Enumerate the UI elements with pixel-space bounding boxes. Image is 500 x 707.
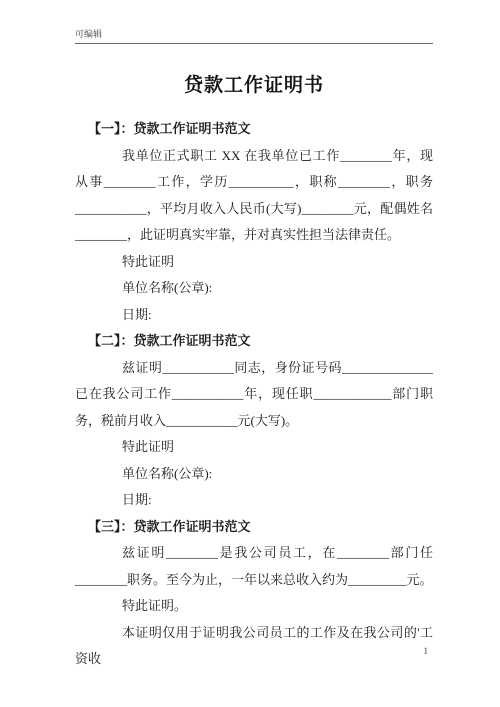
section-one-body: 我单位正式职工 XX 在我单位已工作________年，现从事________工… — [75, 143, 433, 249]
section-one: 【一】：贷款工作证明书范文 我单位正式职工 XX 在我单位已工作________… — [75, 116, 433, 328]
editable-header-rule: 可编辑 — [75, 29, 433, 44]
section-one-heading: 【一】：贷款工作证明书范文 — [75, 116, 433, 143]
section-two: 【二】：贷款工作证明书范文 兹证明___________同志，身份证号码____… — [75, 328, 433, 514]
section-three-body: 兹证明________是我公司员工，在________部门任________职务… — [75, 540, 433, 593]
section-two-closing-line: 特此证明 — [75, 434, 433, 461]
section-three: 【三】：贷款工作证明书范文 兹证明________是我公司员工，在_______… — [75, 514, 433, 673]
editable-watermark-label: 可编辑 — [75, 29, 102, 39]
document-content: 可编辑 贷款工作证明书 【一】：贷款工作证明书范文 我单位正式职工 XX 在我单… — [0, 0, 500, 673]
section-three-note-line: 本证明仅用于证明我公司员工的工作及在我公司的'工资收 — [75, 620, 433, 673]
section-two-date-line: 日期: — [75, 487, 433, 514]
document-page: 可编辑 贷款工作证明书 【一】：贷款工作证明书范文 我单位正式职工 XX 在我单… — [0, 0, 500, 707]
section-two-unit-name-line: 单位名称(公章): — [75, 461, 433, 488]
section-three-closing-line: 特此证明。 — [75, 593, 433, 620]
section-one-unit-name-line: 单位名称(公章): — [75, 275, 433, 302]
doc-title: 贷款工作证明书 — [75, 73, 433, 99]
page-number: 1 — [424, 645, 429, 658]
section-one-closing-line: 特此证明 — [75, 249, 433, 276]
section-three-heading: 【三】：贷款工作证明书范文 — [75, 514, 433, 541]
section-two-heading: 【二】：贷款工作证明书范文 — [75, 328, 433, 355]
section-two-body: 兹证明___________同志，身份证号码______________已在我公… — [75, 355, 433, 435]
section-one-date-line: 日期: — [75, 302, 433, 329]
